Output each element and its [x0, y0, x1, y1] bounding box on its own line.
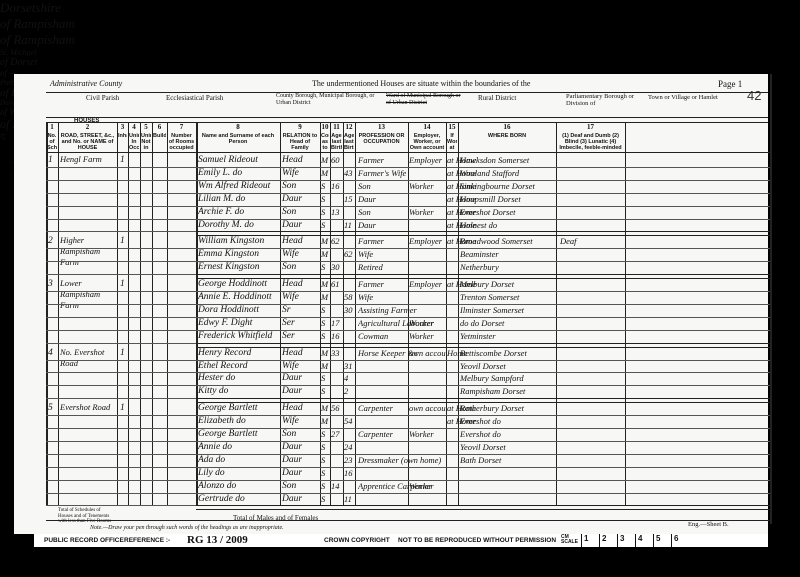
condition: M: [321, 402, 330, 414]
age-male: 30: [331, 261, 343, 273]
condition: M: [321, 248, 330, 260]
column-number: 11: [330, 123, 343, 131]
footer-scale-label: CM SCALE: [561, 535, 577, 545]
column-number: 15: [446, 123, 458, 131]
town-label: Town or Village or Hamlet: [648, 94, 718, 101]
employment: Employer: [409, 278, 446, 290]
condition: S: [321, 428, 330, 440]
age-female: 30: [344, 304, 356, 316]
relation: Son: [282, 480, 320, 492]
where-born: do do Dorset: [460, 317, 556, 329]
occupation: Dressmaker (own home): [358, 454, 446, 466]
condition: M: [321, 415, 330, 427]
person-name: Annie do: [198, 441, 280, 453]
age-female: 31: [344, 360, 356, 372]
scale-mark: 1: [581, 534, 595, 547]
occupation: Assisting Farmer: [358, 304, 446, 316]
relation: Head: [282, 235, 320, 247]
where-born: Rampisham Dorset: [460, 385, 556, 397]
person-name: Dora Hoddinott: [198, 304, 280, 316]
ecclesiastical-parish-label: Ecclesiastical Parish: [166, 94, 223, 102]
column-number: 6: [152, 123, 167, 131]
occupation: Wife: [358, 248, 446, 260]
age-male: 56: [331, 402, 343, 414]
relation: Head: [282, 278, 320, 290]
age-male: 16: [331, 330, 343, 342]
relation: Wife: [282, 291, 320, 303]
column-header: Condition as to Marriage: [321, 133, 329, 151]
person-name: Alonzo do: [198, 480, 280, 492]
footer-reference-value: RG 13 / 2009: [187, 534, 248, 546]
person-name: Samuel Rideout: [198, 154, 280, 166]
scale-mark: 2: [599, 534, 613, 547]
relation: Ser: [282, 330, 320, 342]
person-name: Lilian M. do: [198, 193, 280, 205]
column-header: Name and Surname of each Person: [197, 133, 279, 151]
person-name: Archie F. do: [198, 206, 280, 218]
house-address: Higher Rampisham Farm: [60, 235, 116, 268]
person-name: Emily L. do: [198, 167, 280, 179]
where-born: Yetminster: [460, 330, 556, 342]
where-born: Beaminster: [460, 248, 556, 260]
where-born: Melbury Dorset: [460, 278, 556, 290]
relation: Daur: [282, 454, 320, 466]
ecclesiastical-parish-value: of Rampisham: [0, 32, 800, 48]
where-born: Sinkingbourne Dorset: [460, 180, 556, 192]
column-header: Number of Rooms occupied if less than fi…: [168, 133, 195, 151]
column-number: 8: [196, 123, 280, 131]
inhabited-count: 1: [120, 402, 125, 414]
condition: S: [321, 304, 330, 316]
parliamentary-label: Parliamentary Borough or Division of: [566, 93, 646, 107]
relation: Wife: [282, 167, 320, 179]
age-male: 16: [331, 180, 343, 192]
occupation: Daur: [358, 193, 446, 205]
person-name: William Kingston: [198, 235, 280, 247]
relation: Wife: [282, 415, 320, 427]
employment: Worker: [409, 180, 446, 192]
condition: S: [321, 467, 330, 479]
where-born: Holnest do: [460, 219, 556, 231]
ecclesiastical-note: St. Michael: [0, 48, 800, 57]
footer-strip: PUBLIC RECORD OFFICE REFERENCE :- RG 13 …: [34, 534, 768, 547]
admin-county-value: Dorsetshire: [0, 0, 800, 16]
age-female: 11: [344, 493, 356, 505]
where-born: Hawksdon Somerset: [460, 154, 556, 166]
column-number: 4: [128, 123, 140, 131]
person-name: Gertrude do: [198, 493, 280, 505]
column-header: WHERE BORN: [459, 133, 555, 151]
age-female: 23: [344, 454, 356, 466]
column-header: Building: [153, 133, 166, 151]
condition: M: [321, 278, 330, 290]
person-name: Ethel Record: [198, 360, 280, 372]
schedule-number: 1: [48, 154, 53, 166]
person-name: Dorothy M. do: [198, 219, 280, 231]
condition: S: [321, 330, 330, 342]
house-address: No. Evershot Road: [60, 347, 116, 369]
age-male: 33: [331, 347, 343, 359]
relation: Ser: [282, 317, 320, 329]
person-name: Hester do: [198, 372, 280, 384]
person-name: Kitty do: [198, 385, 280, 397]
employment: own account: [409, 347, 446, 359]
schedule-number: 5: [48, 402, 53, 414]
inhabited-count: 1: [120, 154, 125, 166]
person-name: Henry Record: [198, 347, 280, 359]
age-female: 2: [344, 385, 356, 397]
inhabited-count: 1: [120, 278, 125, 290]
occupation: Farmer's Wife: [358, 167, 446, 179]
age-female: 4: [344, 372, 356, 384]
column-number: 10: [320, 123, 330, 131]
house-address: Hengl Farm: [60, 154, 116, 165]
where-born: Yeovil Dorset: [460, 441, 556, 453]
condition: S: [321, 441, 330, 453]
person-name: George Bartlett: [198, 428, 280, 440]
column-header: Uninhabited Not in Occupation: [141, 133, 151, 151]
occupation: Retired: [358, 261, 446, 273]
scale-mark: 4: [635, 534, 649, 547]
age-male: 13: [331, 206, 343, 218]
age-male: 17: [331, 317, 343, 329]
age-male: 61: [331, 278, 343, 290]
schedule-number: 4: [48, 347, 53, 359]
column-header: PROFESSION OR OCCUPATION: [356, 133, 407, 151]
footer-copyright: CROWN COPYRIGHT: [324, 537, 390, 544]
employment: Worker: [409, 206, 446, 218]
person-name: Edwy F. Dight: [198, 317, 280, 329]
relation: Head: [282, 154, 320, 166]
relation: Daur: [282, 467, 320, 479]
occupation: Daur: [358, 219, 446, 231]
where-born: Broadwood Somerset: [460, 235, 556, 247]
condition: S: [321, 193, 330, 205]
relation: Daur: [282, 219, 320, 231]
column-number: 2: [58, 123, 117, 131]
condition: S: [321, 261, 330, 273]
schedule-number: 3: [48, 278, 53, 290]
condition: M: [321, 167, 330, 179]
county-borough-label: County Borough, Municipal Borough, or Ur…: [276, 93, 386, 107]
age-female: 62: [344, 248, 356, 260]
column-header: (1) Deaf and Dumb (2) Blind (3) Lunatic …: [557, 133, 624, 151]
relation: Sr: [282, 304, 320, 316]
employment: Worker: [409, 317, 446, 329]
person-name: Elizabeth do: [198, 415, 280, 427]
totals-schedules-label: Total of Schedules of Houses and of Tene…: [58, 508, 112, 525]
intro-text: The undermentioned Houses are situate wi…: [312, 79, 530, 88]
column-number: 13: [355, 123, 408, 131]
column-header: RELATION to Head of Family: [281, 133, 319, 151]
relation: Son: [282, 180, 320, 192]
employment: Employer: [409, 235, 446, 247]
employment: Worker: [409, 330, 446, 342]
relation: Daur: [282, 493, 320, 505]
schedule-number: 2: [48, 235, 53, 247]
condition: S: [321, 206, 330, 218]
rural-district-label: Rural District: [478, 94, 516, 102]
condition: M: [321, 347, 330, 359]
condition: M: [321, 360, 330, 372]
relation: Son: [282, 261, 320, 273]
column-number: 17: [556, 123, 625, 131]
column-number: 5: [140, 123, 152, 131]
age-female: 24: [344, 441, 356, 453]
age-female: 43: [344, 167, 356, 179]
age-female: 15: [344, 193, 356, 205]
civil-parish-value: of Rampisham: [0, 16, 800, 32]
column-number: 9: [280, 123, 320, 131]
inhabited-count: 1: [120, 347, 125, 359]
folio-number: 42: [747, 88, 761, 103]
relation: Daur: [282, 372, 320, 384]
ward-label: Ward of Municipal Borough or of Urban Di…: [386, 93, 466, 107]
where-born: Hoopsmill Dorset: [460, 193, 556, 205]
footer-office: PUBLIC RECORD OFFICE: [44, 537, 124, 544]
where-born: Bath Dorset: [460, 454, 556, 466]
person-name: Wm Alfred Rideout: [198, 180, 280, 192]
condition: M: [321, 154, 330, 166]
column-header: ROAD, STREET, &c., and No. or NAME of HO…: [59, 133, 116, 151]
employment: Employer: [409, 154, 446, 166]
person-name: George Hoddinott: [198, 278, 280, 290]
column-number: 12: [343, 123, 355, 131]
column-header: No. of Schedule: [47, 133, 57, 151]
person-name: Ernest Kingston: [198, 261, 280, 273]
where-born: Yeovil Dorset: [460, 360, 556, 372]
column-header: Age last Birthday of Males: [331, 133, 342, 151]
infirmity: Deaf: [560, 235, 620, 247]
age-female: 58: [344, 291, 356, 303]
inhabited-count: 1: [120, 235, 125, 247]
where-born: Netherbury: [460, 261, 556, 273]
column-number: 1: [46, 123, 58, 131]
age-male: 62: [331, 235, 343, 247]
where-born: Evershot Dorset: [460, 206, 556, 218]
condition: S: [321, 317, 330, 329]
column-header: If Working at Home: [447, 133, 457, 151]
age-female: 11: [344, 219, 356, 231]
person-name: Ada do: [198, 454, 280, 466]
relation: Wife: [282, 360, 320, 372]
column-number: 16: [458, 123, 556, 131]
relation: Daur: [282, 441, 320, 453]
page-label: Page 1: [718, 79, 742, 89]
person-name: Emma Kingston: [198, 248, 280, 260]
sheet-label: Eng.—Sheet B.: [688, 521, 729, 528]
age-male: 60: [331, 154, 343, 166]
condition: S: [321, 372, 330, 384]
relation: Head: [282, 402, 320, 414]
relation: Wife: [282, 248, 320, 260]
age-male: 27: [331, 428, 343, 440]
condition: S: [321, 480, 330, 492]
house-address: Lower Rampisham Farm: [60, 278, 116, 311]
column-number: 3: [117, 123, 128, 131]
relation: Head: [282, 347, 320, 359]
house-address: Evershot Road: [60, 402, 116, 413]
condition: S: [321, 219, 330, 231]
age-male: 14: [331, 480, 343, 492]
column-number: 14: [408, 123, 446, 131]
column-header: Age last Birthday of Females: [344, 133, 354, 151]
employment: Worker: [409, 428, 446, 440]
where-born: Wooland Stafford: [460, 167, 556, 179]
relation: Son: [282, 428, 320, 440]
where-born: Ilminster Somerset: [460, 304, 556, 316]
person-name: Lily do: [198, 467, 280, 479]
scale-mark: 6: [671, 534, 685, 547]
condition: M: [321, 291, 330, 303]
person-name: George Bartlett: [198, 402, 280, 414]
where-born: Evershot do: [460, 415, 556, 427]
footer-permission: NOT TO BE REPRODUCED WITHOUT PERMISSION: [398, 537, 556, 544]
county-borough-value: of Dorset: [0, 57, 800, 68]
footer-reference-label: REFERENCE :-: [124, 537, 170, 544]
occupation: Wife: [358, 291, 446, 303]
scan-border: [768, 0, 800, 577]
where-born: Melbury Sampford: [460, 372, 556, 384]
scan-edge-mark: [0, 140, 10, 210]
condition: S: [321, 493, 330, 505]
relation: Son: [282, 206, 320, 218]
condition: S: [321, 454, 330, 466]
condition: M: [321, 235, 330, 247]
age-female: 16: [344, 467, 356, 479]
column-header: Uninhabited In Occupation: [129, 133, 139, 151]
column-header: Employer, Worker, or Own account: [409, 133, 445, 151]
where-born: Evershot do: [460, 428, 556, 440]
note-text: Note.—Draw your pen through such words o…: [90, 525, 284, 531]
where-born: Rotherbury Dorset: [460, 402, 556, 414]
scan-edge-mark: [2, 300, 10, 350]
person-name: Frederick Whitfield: [198, 330, 280, 342]
employment: Worker: [409, 480, 446, 492]
age-female: 54: [344, 415, 356, 427]
condition: S: [321, 385, 330, 397]
household-divider: [196, 505, 770, 510]
scale-mark: 3: [617, 534, 631, 547]
relation: Daur: [282, 193, 320, 205]
where-born: Bettiscombe Dorset: [460, 347, 556, 359]
where-born: Trenton Somerset: [460, 291, 556, 303]
column-number: 7: [167, 123, 196, 131]
admin-county-label: Administrative County: [50, 79, 122, 88]
employment: own account: [409, 402, 446, 414]
condition: S: [321, 180, 330, 192]
column-header: Inhabited: [118, 133, 127, 151]
civil-parish-label: Civil Parish: [86, 94, 119, 102]
relation: Daur: [282, 385, 320, 397]
scale-mark: 5: [653, 534, 667, 547]
person-name: Annie E. Hoddinott: [198, 291, 280, 303]
